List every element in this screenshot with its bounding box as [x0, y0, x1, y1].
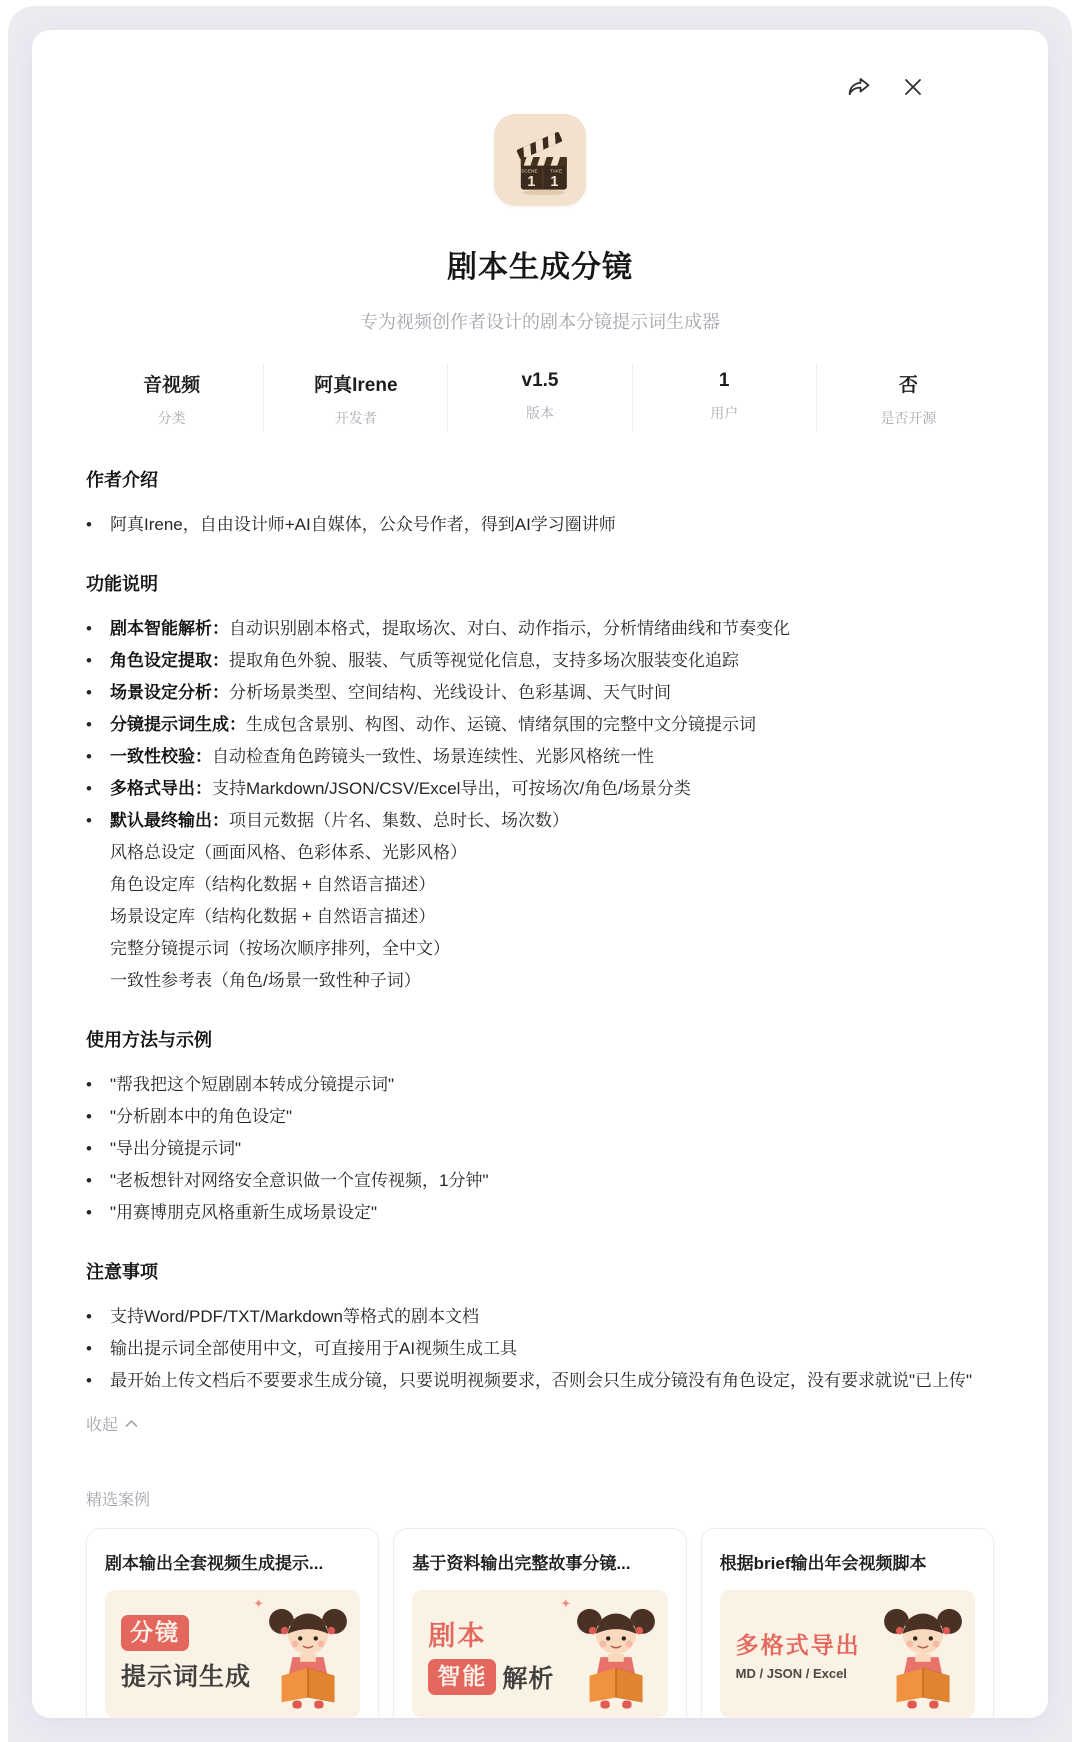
bullet-lead: 角色设定提取：: [110, 651, 229, 670]
stat-label: 开发者: [264, 408, 447, 428]
stat-value: 否: [817, 370, 1000, 397]
bullet-dot: •: [86, 1166, 110, 1196]
bullet-subline: 一致性参考表（角色/场景一致性种子词）: [86, 966, 994, 996]
bullet-lead: 分镜提示词生成：: [110, 715, 246, 734]
featured-case-card[interactable]: 根据brief输出年会视频脚本多格式导出MD / JSON / Excel: [701, 1528, 994, 1718]
bullet-indent: [86, 934, 110, 964]
bullet-item: •"老板想针对网络安全意识做一个宣传视频，1分钟": [86, 1166, 994, 1196]
section-heading: 作者介绍: [86, 466, 994, 492]
bullet-list: •剧本智能解析：自动识别剧本格式，提取场次、对白、动作指示，分析情绪曲线和节奏变…: [86, 614, 994, 996]
bullet-text: 多格式导出：支持Markdown/JSON/CSV/Excel导出，可按场次/角…: [110, 774, 994, 804]
stat-label: 版本: [448, 403, 631, 423]
collapse-link[interactable]: 收起: [86, 1412, 138, 1435]
section-heading: 功能说明: [86, 570, 994, 596]
card-art-segment: 多格式导出: [736, 1627, 861, 1660]
chevron-up-icon: [125, 1419, 138, 1428]
featured-cards: 剧本输出全套视频生成提示...分镜提示词生成✦ 基于资料输出完整故事分镜...剧…: [86, 1528, 994, 1718]
stats-row: 音视频分类阿真Irene开发者v1.5版本1用户否是否开源: [80, 364, 1000, 432]
bullet-dot: •: [86, 806, 110, 836]
bullet-dot: •: [86, 1302, 110, 1332]
description-section: 功能说明•剧本智能解析：自动识别剧本格式，提取场次、对白、动作指示，分析情绪曲线…: [86, 570, 994, 996]
subline-text: 完整分镜提示词（按场次顺序排列，全中文）: [110, 934, 994, 964]
bullet-item: •"导出分镜提示词": [86, 1134, 994, 1164]
agent-detail-modal: SCENE TAKE 1 1 剧本生成分镜 专为视频创作者设计的剧本分镜提示词生…: [32, 30, 1048, 1718]
svg-text:1: 1: [550, 173, 558, 189]
bullet-subline: 风格总设定（画面风格、色彩体系、光影风格）: [86, 838, 994, 868]
bullet-text: "导出分镜提示词": [110, 1134, 994, 1164]
bullet-dot: •: [86, 742, 110, 772]
bullet-subline: 场景设定库（结构化数据 + 自然语言描述）: [86, 902, 994, 932]
bullet-item: •场景设定分析：分析场景类型、空间结构、光线设计、色彩基调、天气时间: [86, 678, 994, 708]
girl-illustration: [568, 1598, 664, 1710]
stat-item: v1.5版本: [447, 364, 631, 432]
bullet-subline: 完整分镜提示词（按场次顺序排列，全中文）: [86, 934, 994, 964]
bullet-item: •剧本智能解析：自动识别剧本格式，提取场次、对白、动作指示，分析情绪曲线和节奏变…: [86, 614, 994, 644]
sparkle-icon: ✦: [253, 1596, 264, 1612]
bullet-lead: 多格式导出：: [110, 779, 212, 798]
bullet-text: "老板想针对网络安全意识做一个宣传视频，1分钟": [110, 1166, 994, 1196]
bullet-dot: •: [86, 774, 110, 804]
bullet-text: 默认最终输出：项目元数据（片名、集数、总时长、场次数）: [110, 806, 994, 836]
bullet-dot: •: [86, 1334, 110, 1364]
bullet-text: "用赛博朋克风格重新生成场景设定": [110, 1198, 994, 1228]
stat-value: 阿真Irene: [264, 370, 447, 397]
bullet-item: •一致性校验：自动检查角色跨镜头一致性、场景连续性、光影风格统一性: [86, 742, 994, 772]
description-section: 注意事项•支持Word/PDF/TXT/Markdown等格式的剧本文档•输出提…: [86, 1258, 994, 1396]
subline-text: 角色设定库（结构化数据 + 自然语言描述）: [110, 870, 994, 900]
bullet-item: •"分析剧本中的角色设定": [86, 1102, 994, 1132]
card-art: 多格式导出MD / JSON / Excel: [720, 1590, 975, 1718]
bullet-indent: [86, 966, 110, 996]
collapse-label: 收起: [86, 1412, 118, 1435]
card-art-segment: 剧本: [428, 1614, 486, 1653]
girl-illustration: [875, 1598, 971, 1710]
card-art-row: MD / JSON / Excel: [736, 1666, 875, 1681]
description-section: 使用方法与示例•"帮我把这个短剧剧本转成分镜提示词"•"分析剧本中的角色设定"•…: [86, 1026, 994, 1228]
stat-item: 音视频分类: [80, 364, 263, 432]
bullet-list: •"帮我把这个短剧剧本转成分镜提示词"•"分析剧本中的角色设定"•"导出分镜提示…: [86, 1070, 994, 1228]
bullet-text: 支持Word/PDF/TXT/Markdown等格式的剧本文档: [110, 1302, 994, 1332]
bullet-item: •默认最终输出：项目元数据（片名、集数、总时长、场次数）: [86, 806, 994, 836]
bullet-text: "分析剧本中的角色设定": [110, 1102, 994, 1132]
bullet-indent: [86, 870, 110, 900]
card-art-row: 智能解析: [428, 1659, 567, 1695]
bullet-list: •阿真Irene，自由设计师+AI自媒体，公众号作者，得到AI学习圈讲师: [86, 510, 994, 540]
stat-value: 音视频: [80, 370, 263, 397]
card-art-segment: 提示词生成: [121, 1657, 251, 1693]
stat-item: 1用户: [632, 364, 816, 432]
bullet-lead: 一致性校验：: [110, 747, 212, 766]
subline-text: 场景设定库（结构化数据 + 自然语言描述）: [110, 902, 994, 932]
bullet-dot: •: [86, 710, 110, 740]
bullet-text: 最开始上传文档后不要要求生成分镜，只要说明视频要求，否则会只生成分镜没有角色设定…: [110, 1366, 994, 1396]
bullet-lead: 默认最终输出：: [110, 811, 229, 830]
bullet-item: •最开始上传文档后不要要求生成分镜，只要说明视频要求，否则会只生成分镜没有角色设…: [86, 1366, 994, 1396]
description-sections: 作者介绍•阿真Irene，自由设计师+AI自媒体，公众号作者，得到AI学习圈讲师…: [86, 466, 994, 1396]
bullet-dot: •: [86, 1070, 110, 1100]
close-button[interactable]: [898, 72, 928, 102]
bullet-dot: •: [86, 678, 110, 708]
card-art: 分镜提示词生成✦: [105, 1590, 360, 1718]
featured-label: 精选案例: [86, 1487, 994, 1510]
card-art-segment: 智能: [428, 1659, 496, 1695]
bullet-text: "帮我把这个短剧剧本转成分镜提示词": [110, 1070, 994, 1100]
app-icon: SCENE TAKE 1 1: [494, 114, 586, 206]
featured-case-card[interactable]: 剧本输出全套视频生成提示...分镜提示词生成✦: [86, 1528, 379, 1718]
card-art-segment: 分镜: [121, 1615, 189, 1651]
bullet-item: •分镜提示词生成：生成包含景别、构图、动作、运镜、情绪氛围的完整中文分镜提示词: [86, 710, 994, 740]
bullet-item: •"帮我把这个短剧剧本转成分镜提示词": [86, 1070, 994, 1100]
section-heading: 注意事项: [86, 1258, 994, 1284]
card-title: 基于资料输出完整故事分镜...: [412, 1549, 667, 1574]
page-title: 剧本生成分镜: [60, 242, 1020, 286]
bullet-text: 角色设定提取：提取角色外貌、服装、气质等视觉化信息，支持多场次服装变化追踪: [110, 646, 994, 676]
bullet-item: •"用赛博朋克风格重新生成场景设定": [86, 1198, 994, 1228]
bullet-text: 分镜提示词生成：生成包含景别、构图、动作、运镜、情绪氛围的完整中文分镜提示词: [110, 710, 994, 740]
card-art-text: 剧本智能解析: [428, 1614, 567, 1695]
stat-value: v1.5: [448, 370, 631, 392]
stat-label: 是否开源: [817, 408, 1000, 428]
girl-illustration: [260, 1598, 356, 1710]
bullet-dot: •: [86, 1102, 110, 1132]
bullet-dot: •: [86, 614, 110, 644]
modal-actions: [844, 72, 928, 102]
card-art-row: 分镜: [121, 1615, 260, 1651]
bullet-item: •阿真Irene，自由设计师+AI自媒体，公众号作者，得到AI学习圈讲师: [86, 510, 994, 540]
subline-text: 风格总设定（画面风格、色彩体系、光影风格）: [110, 838, 994, 868]
card-art-text: 多格式导出MD / JSON / Excel: [736, 1627, 875, 1681]
featured-section: 精选案例 剧本输出全套视频生成提示...分镜提示词生成✦ 基于资料输出完整故事分…: [86, 1487, 994, 1718]
stat-label: 用户: [633, 403, 816, 423]
card-art-row: 提示词生成: [121, 1657, 260, 1693]
section-heading: 使用方法与示例: [86, 1026, 994, 1052]
bullet-item: •支持Word/PDF/TXT/Markdown等格式的剧本文档: [86, 1302, 994, 1332]
bullet-lead: 剧本智能解析：: [110, 619, 229, 638]
bullet-dot: •: [86, 510, 110, 540]
bullet-text: 场景设定分析：分析场景类型、空间结构、光线设计、色彩基调、天气时间: [110, 678, 994, 708]
share-icon: [846, 75, 872, 99]
stat-value: 1: [633, 370, 816, 392]
card-title: 根据brief输出年会视频脚本: [720, 1549, 975, 1574]
dialog-overlay: SCENE TAKE 1 1 剧本生成分镜 专为视频创作者设计的剧本分镜提示词生…: [8, 6, 1072, 1742]
stat-item: 阿真Irene开发者: [263, 364, 447, 432]
bullet-text: 剧本智能解析：自动识别剧本格式，提取场次、对白、动作指示，分析情绪曲线和节奏变化: [110, 614, 994, 644]
card-title: 剧本输出全套视频生成提示...: [105, 1549, 360, 1574]
bullet-dot: •: [86, 1198, 110, 1228]
card-art-row: 剧本: [428, 1614, 567, 1653]
bullet-indent: [86, 902, 110, 932]
bullet-subline: 角色设定库（结构化数据 + 自然语言描述）: [86, 870, 994, 900]
page-background: SCENE TAKE 1 1 剧本生成分镜 专为视频创作者设计的剧本分镜提示词生…: [0, 0, 1080, 1742]
bullet-item: •多格式导出：支持Markdown/JSON/CSV/Excel导出，可按场次/…: [86, 774, 994, 804]
bullet-indent: [86, 838, 110, 868]
clapperboard-icon: SCENE TAKE 1 1: [494, 114, 586, 206]
bullet-dot: •: [86, 1134, 110, 1164]
bullet-dot: •: [86, 646, 110, 676]
bullet-text: 阿真Irene，自由设计师+AI自媒体，公众号作者，得到AI学习圈讲师: [110, 510, 994, 540]
app-subtitle: 专为视频创作者设计的剧本分镜提示词生成器: [60, 308, 1020, 334]
bullet-lead: 场景设定分析：: [110, 683, 229, 702]
card-art-segment: 解析: [502, 1659, 554, 1695]
svg-text:1: 1: [527, 173, 535, 189]
close-icon: [902, 76, 924, 98]
share-button[interactable]: [844, 72, 874, 102]
bullet-text: 一致性校验：自动检查角色跨镜头一致性、场景连续性、光影风格统一性: [110, 742, 994, 772]
card-art-text: 分镜提示词生成: [121, 1615, 260, 1693]
featured-case-card[interactable]: 基于资料输出完整故事分镜...剧本智能解析✦: [393, 1528, 686, 1718]
card-art-row: 多格式导出: [736, 1627, 875, 1660]
stat-item: 否是否开源: [816, 364, 1000, 432]
card-art-segment: MD / JSON / Excel: [736, 1666, 847, 1681]
bullet-text: 输出提示词全部使用中文，可直接用于AI视频生成工具: [110, 1334, 994, 1364]
sparkle-icon: ✦: [560, 1596, 571, 1612]
card-art: 剧本智能解析✦: [412, 1590, 667, 1718]
bullet-dot: •: [86, 1366, 110, 1396]
stat-label: 分类: [80, 408, 263, 428]
subline-text: 一致性参考表（角色/场景一致性种子词）: [110, 966, 994, 996]
bullet-list: •支持Word/PDF/TXT/Markdown等格式的剧本文档•输出提示词全部…: [86, 1302, 994, 1396]
bullet-item: •输出提示词全部使用中文，可直接用于AI视频生成工具: [86, 1334, 994, 1364]
description-section: 作者介绍•阿真Irene，自由设计师+AI自媒体，公众号作者，得到AI学习圈讲师: [86, 466, 994, 540]
bullet-item: •角色设定提取：提取角色外貌、服装、气质等视觉化信息，支持多场次服装变化追踪: [86, 646, 994, 676]
